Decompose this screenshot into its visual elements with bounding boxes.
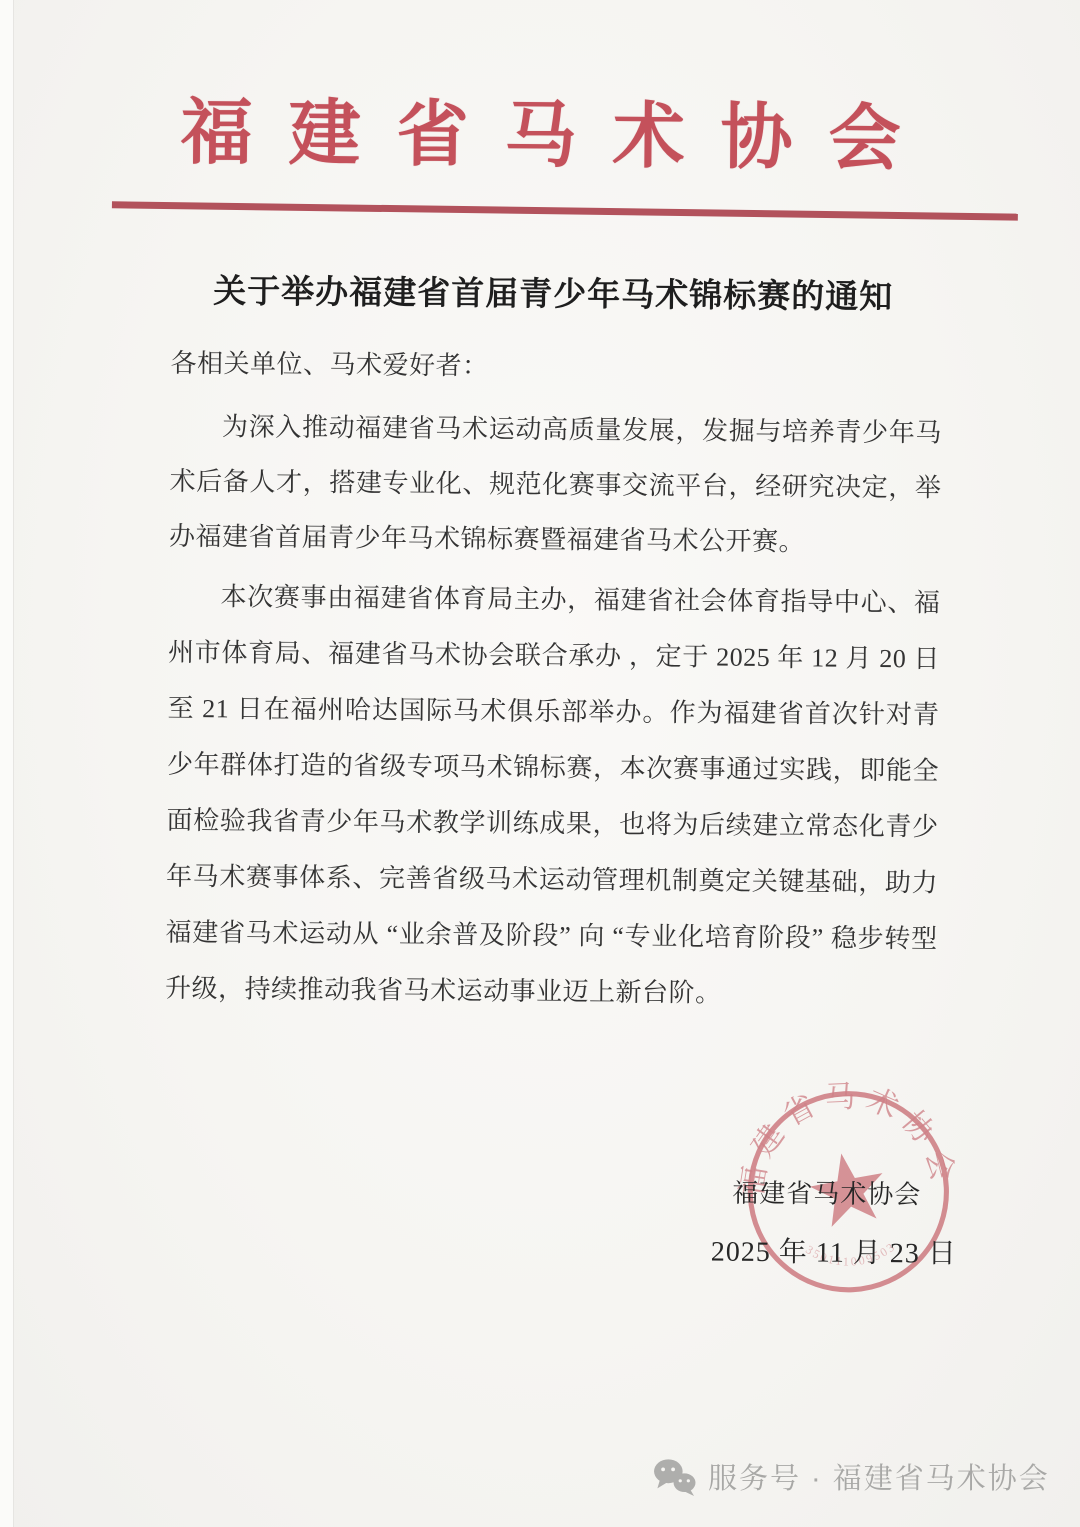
salutation: 各相关单位、马术爱好者： (170, 343, 942, 392)
letterhead-rule (112, 201, 1018, 220)
wechat-icon (652, 1457, 698, 1497)
letterhead-title: 福建省马术协会 (0, 81, 1080, 190)
document-title: 关于举办福建省首届青少年马术锦标赛的通知 (171, 265, 935, 319)
body-paragraph-1: 为深入推动福建省马术运动高质量发展，发掘与培养青少年马术后备人才，搭建专业化、规… (169, 399, 942, 571)
service-account-footer: 服务号 · 福建省马术协会 (652, 1456, 1050, 1497)
signature-date: 2025 年 11 月 23 日 (711, 1230, 957, 1272)
body-paragraph-2: 本次赛事由福建省体育局主办，福建省社会体育指导中心、福州市体育局、福建省马术协会… (165, 569, 941, 1024)
document-page: 福建省马术协会 关于举办福建省首届青少年马术锦标赛的通知 各相关单位、马术爱好者… (0, 0, 1080, 1527)
scanned-notice: 福建省马术协会 关于举办福建省首届青少年马术锦标赛的通知 各相关单位、马术爱好者… (0, 0, 1080, 1527)
signature-name: 福建省马术协会 (732, 1173, 921, 1212)
service-account-label: 服务号 · 福建省马术协会 (708, 1456, 1050, 1497)
